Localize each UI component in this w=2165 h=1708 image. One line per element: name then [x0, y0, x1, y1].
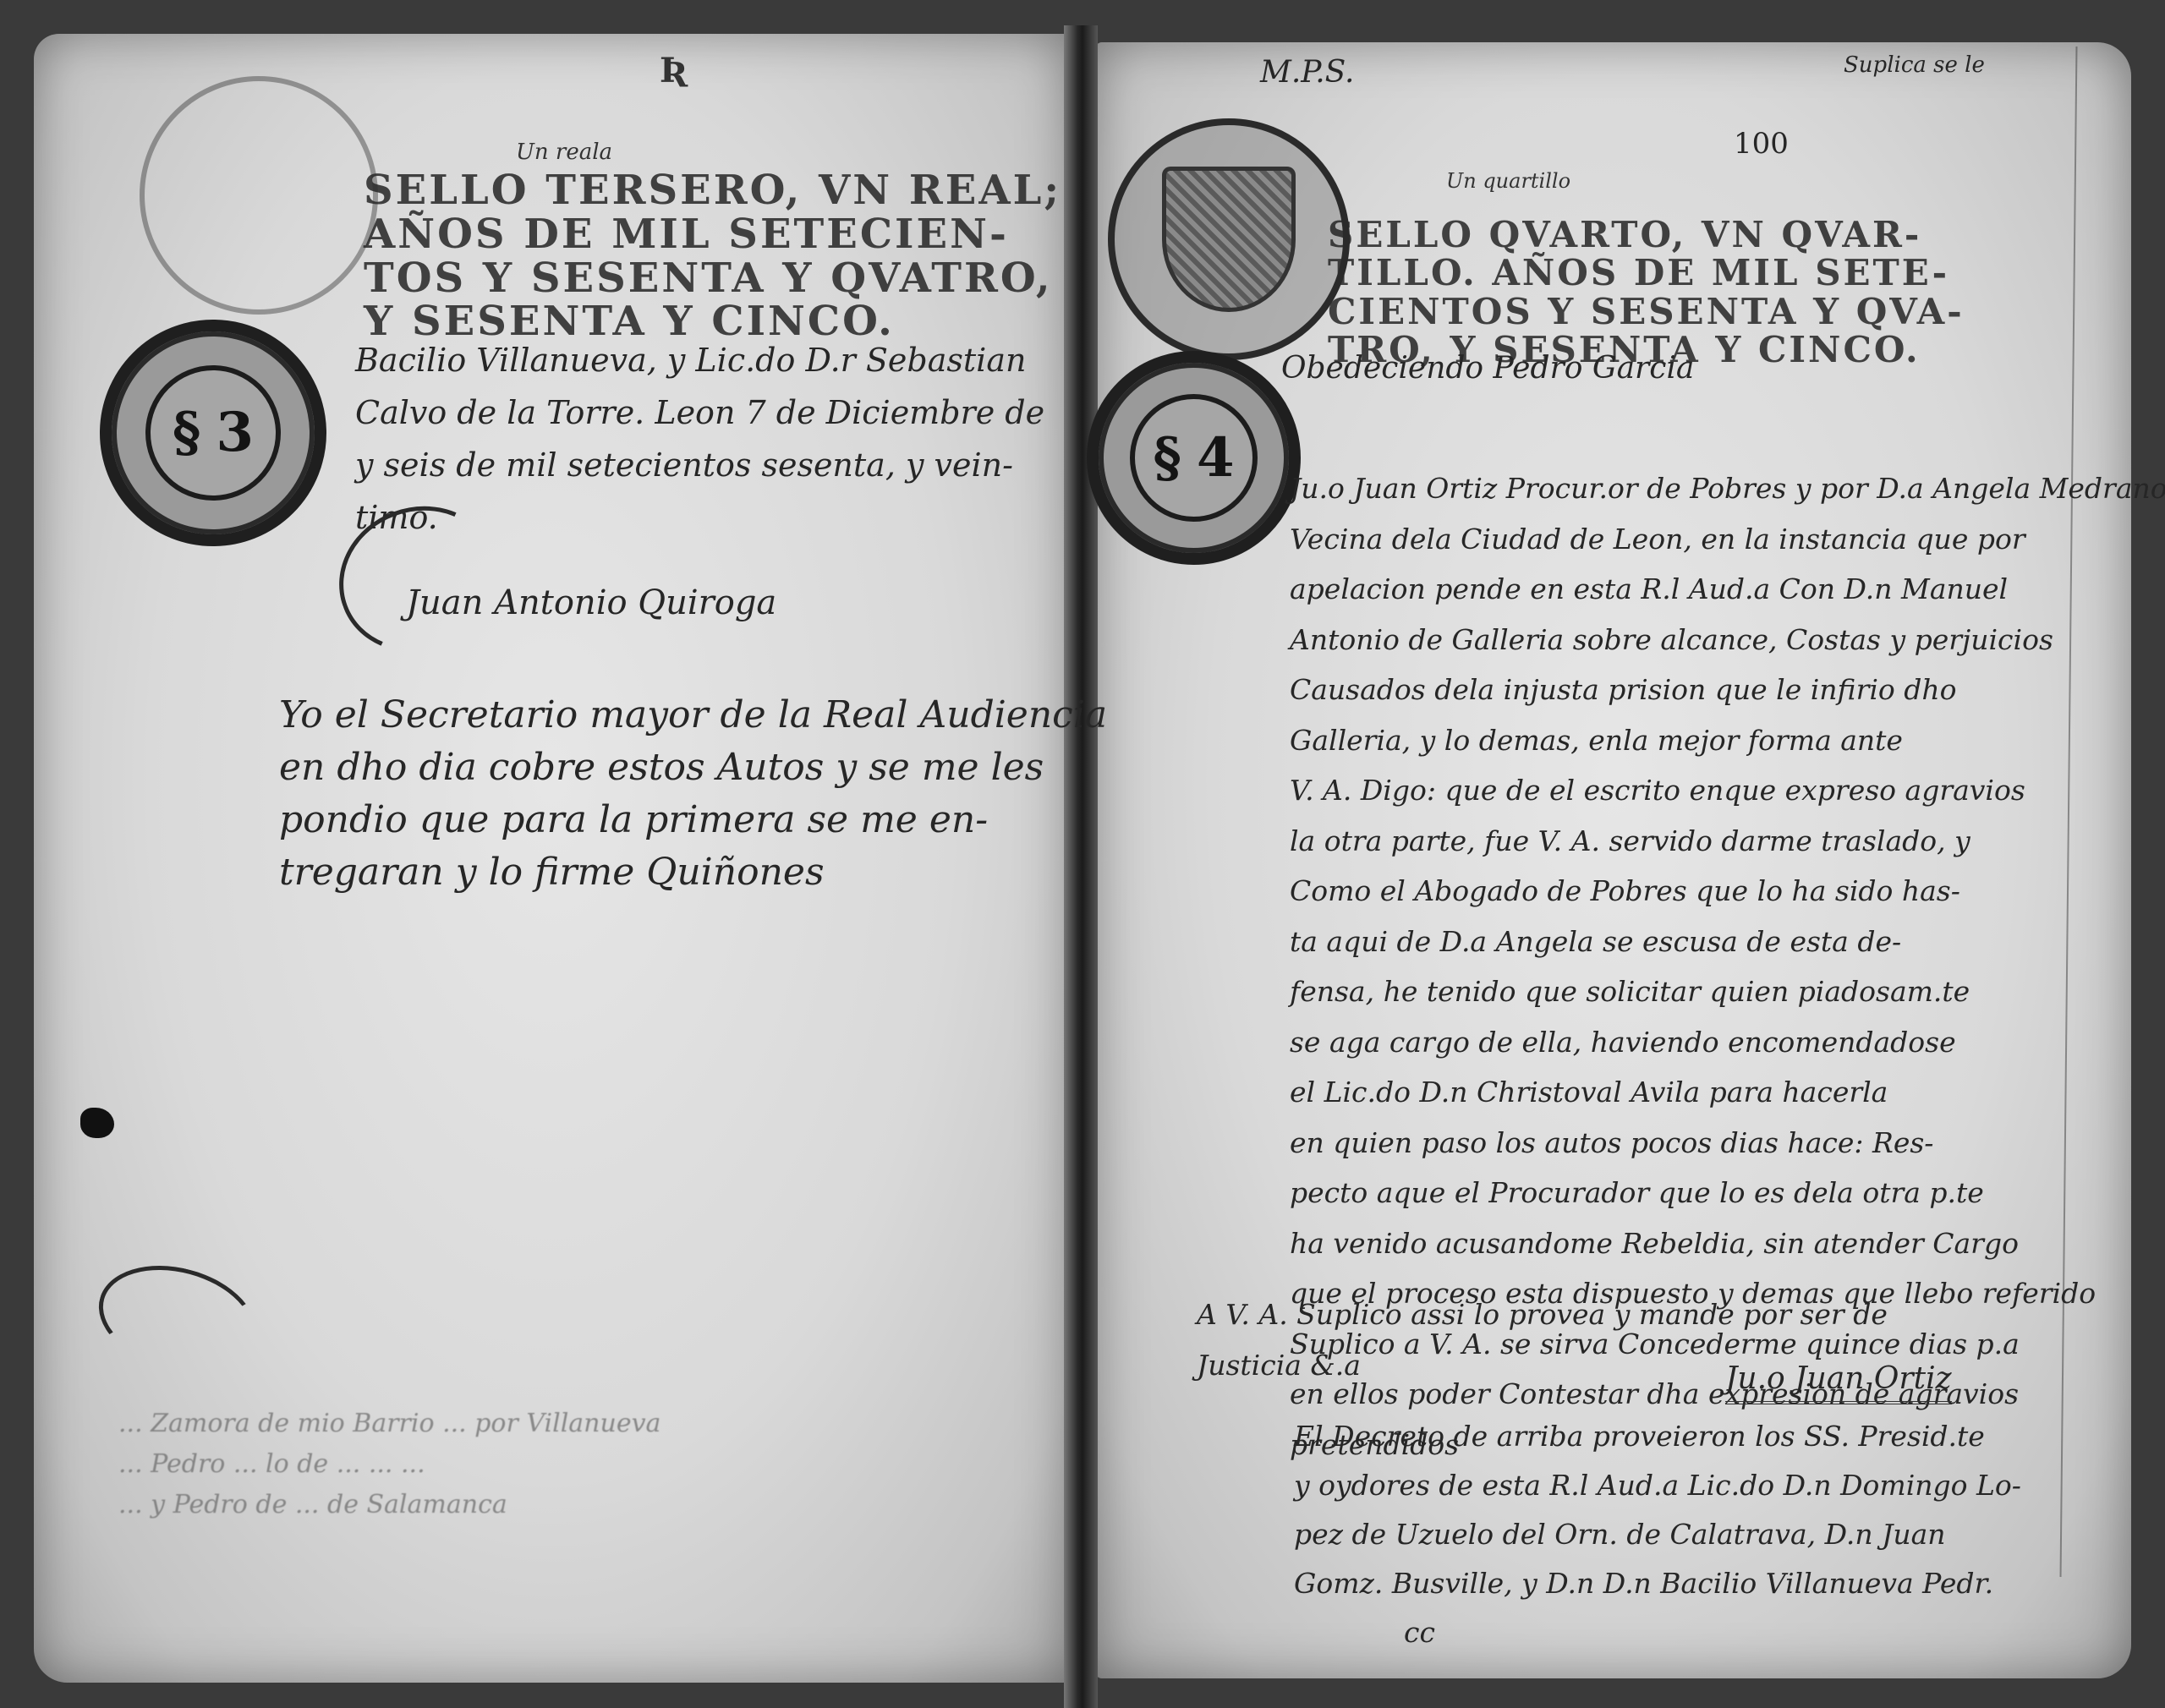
text-line: A V. A. Suplico assi lo provea y mande p… — [1197, 1289, 1888, 1340]
stamp-seal-4: § 4 — [1087, 351, 1301, 565]
court-decree: El Decreto de arriba proveieron los SS. … — [1294, 1412, 2021, 1657]
text-line: pez de Uzuelo del Orn. de Calatrava, D.n… — [1294, 1510, 2021, 1559]
stamp-header-left: SELLO TERSERO, VN REAL; AÑOS DE MIL SETE… — [364, 169, 1061, 344]
text-line: pecto aque el Procurador que lo es dela … — [1290, 1168, 2165, 1218]
seal-letter: § — [1154, 426, 1181, 490]
stamp-header-line: SELLO TERSERO, VN REAL; — [364, 169, 1061, 213]
seal-letter: § — [173, 401, 200, 464]
text-line: ... Pedro ... lo de ... ... ... — [118, 1444, 660, 1485]
text-line: Ju.o Juan Ortiz Procur.or de Pobres y po… — [1290, 463, 2165, 514]
seal-number: 4 — [1197, 426, 1235, 490]
text-line: Calvo de la Torre. Leon 7 de Diciembre d… — [355, 386, 1044, 439]
faint-seal-bleedthrough — [140, 76, 378, 315]
text-line: tregaran y lo firme Quiñones — [279, 846, 1107, 899]
stamp-header-line: TOS Y SESENTA Y QVATRO, — [364, 257, 1061, 301]
text-line: Gomz. Busville, y D.n D.n Bacilio Villan… — [1294, 1559, 2021, 1608]
text-line: V. A. Digo: que de el escrito enque expr… — [1290, 765, 2165, 816]
text-line: Como el Abogado de Pobres que lo ha sido… — [1290, 866, 2165, 917]
left-text-block: Bacilio Villanueva, y Lic.do D.r Sebasti… — [355, 334, 1044, 544]
text-line: Vecina dela Ciudad de Leon, en la instan… — [1290, 514, 2165, 565]
text-line: cc — [1294, 1608, 2021, 1657]
stamp-header-line: CIENTOS Y SESENTA Y QVA- — [1328, 293, 1965, 331]
stamp-value-small: Un quartillo — [1446, 169, 1570, 193]
text-line: en quien paso los autos pocos dias hace:… — [1290, 1118, 2165, 1169]
stamp-seal-3: § 3 — [100, 320, 326, 546]
text-line: fensa, he tenido que solicitar quien pia… — [1290, 966, 2165, 1017]
heading-line: Obedeciendo Pedro Garcia — [1281, 351, 1694, 386]
text-line: Galleria, y lo demas, enla mejor forma a… — [1290, 715, 2165, 766]
text-line: la otra parte, fue V. A. servido darme t… — [1290, 816, 2165, 867]
notary-note: Yo el Secretario mayor de la Real Audien… — [279, 689, 1107, 899]
bleedthrough-footer: ... Zamora de mio Barrio ... por Villanu… — [118, 1404, 660, 1525]
text-line: Antonio de Galleria sobre alcance, Costa… — [1290, 615, 2165, 665]
text-line: ha venido acusandome Rebeldia, sin atend… — [1290, 1218, 2165, 1269]
folio-mark: Ʀ — [660, 51, 688, 90]
ink-blot — [80, 1108, 114, 1138]
text-line: apelacion pende en esta R.l Aud.a Con D.… — [1290, 564, 2165, 615]
text-line: ... y Pedro de ... de Salamanca — [118, 1485, 660, 1525]
stamp-header-line: SELLO QVARTO, VN QVAR- — [1328, 216, 1965, 254]
stamp-value-small: Un reala — [516, 140, 612, 165]
text-line: Causados dela injusta prision que le inf… — [1290, 665, 2165, 715]
left-signature: Juan Antonio Quiroga — [406, 583, 776, 622]
text-line: ta aqui de D.a Angela se escusa de esta … — [1290, 917, 2165, 967]
stamp-header-right: SELLO QVARTO, VN QVAR- TILLO. AÑOS DE MI… — [1328, 216, 1965, 369]
royal-arms-seal — [1108, 118, 1350, 360]
text-line: El Decreto de arriba proveieron los SS. … — [1294, 1412, 2021, 1461]
top-note-suplica: Suplica se le — [1844, 52, 1985, 78]
text-line: ... Zamora de mio Barrio ... por Villanu… — [118, 1404, 660, 1444]
text-line: pondio que para la primera se me en- — [279, 794, 1107, 846]
petitioner-signature: Ju.o Juan Ortiz — [1725, 1361, 1952, 1404]
text-line: el Lic.do D.n Christoval Avila para hace… — [1290, 1067, 2165, 1118]
stamp-header-line: TILLO. AÑOS DE MIL SETE- — [1328, 254, 1965, 292]
manuscript-spread: Ʀ Un reala SELLO TERSERO, VN REAL; AÑOS … — [0, 0, 2165, 1708]
text-line: y oydores de esta R.l Aud.a Lic.do D.n D… — [1294, 1461, 2021, 1510]
top-note-mps: M.P.S. — [1260, 55, 1355, 90]
seal-number: 3 — [216, 401, 254, 464]
text-line: se aga cargo de ella, haviendo encomenda… — [1290, 1017, 2165, 1068]
text-line: Yo el Secretario mayor de la Real Audien… — [279, 689, 1107, 742]
coat-of-arms-icon — [1162, 167, 1296, 312]
stamp-header-line: AÑOS DE MIL SETECIEN- — [364, 213, 1061, 257]
folio-number: 100 — [1734, 127, 1789, 161]
text-line: en dho dia cobre estos Autos y se me les — [279, 742, 1107, 794]
text-line: Bacilio Villanueva, y Lic.do D.r Sebasti… — [355, 334, 1044, 386]
text-line: y seis de mil setecientos sesenta, y vei… — [355, 439, 1044, 491]
